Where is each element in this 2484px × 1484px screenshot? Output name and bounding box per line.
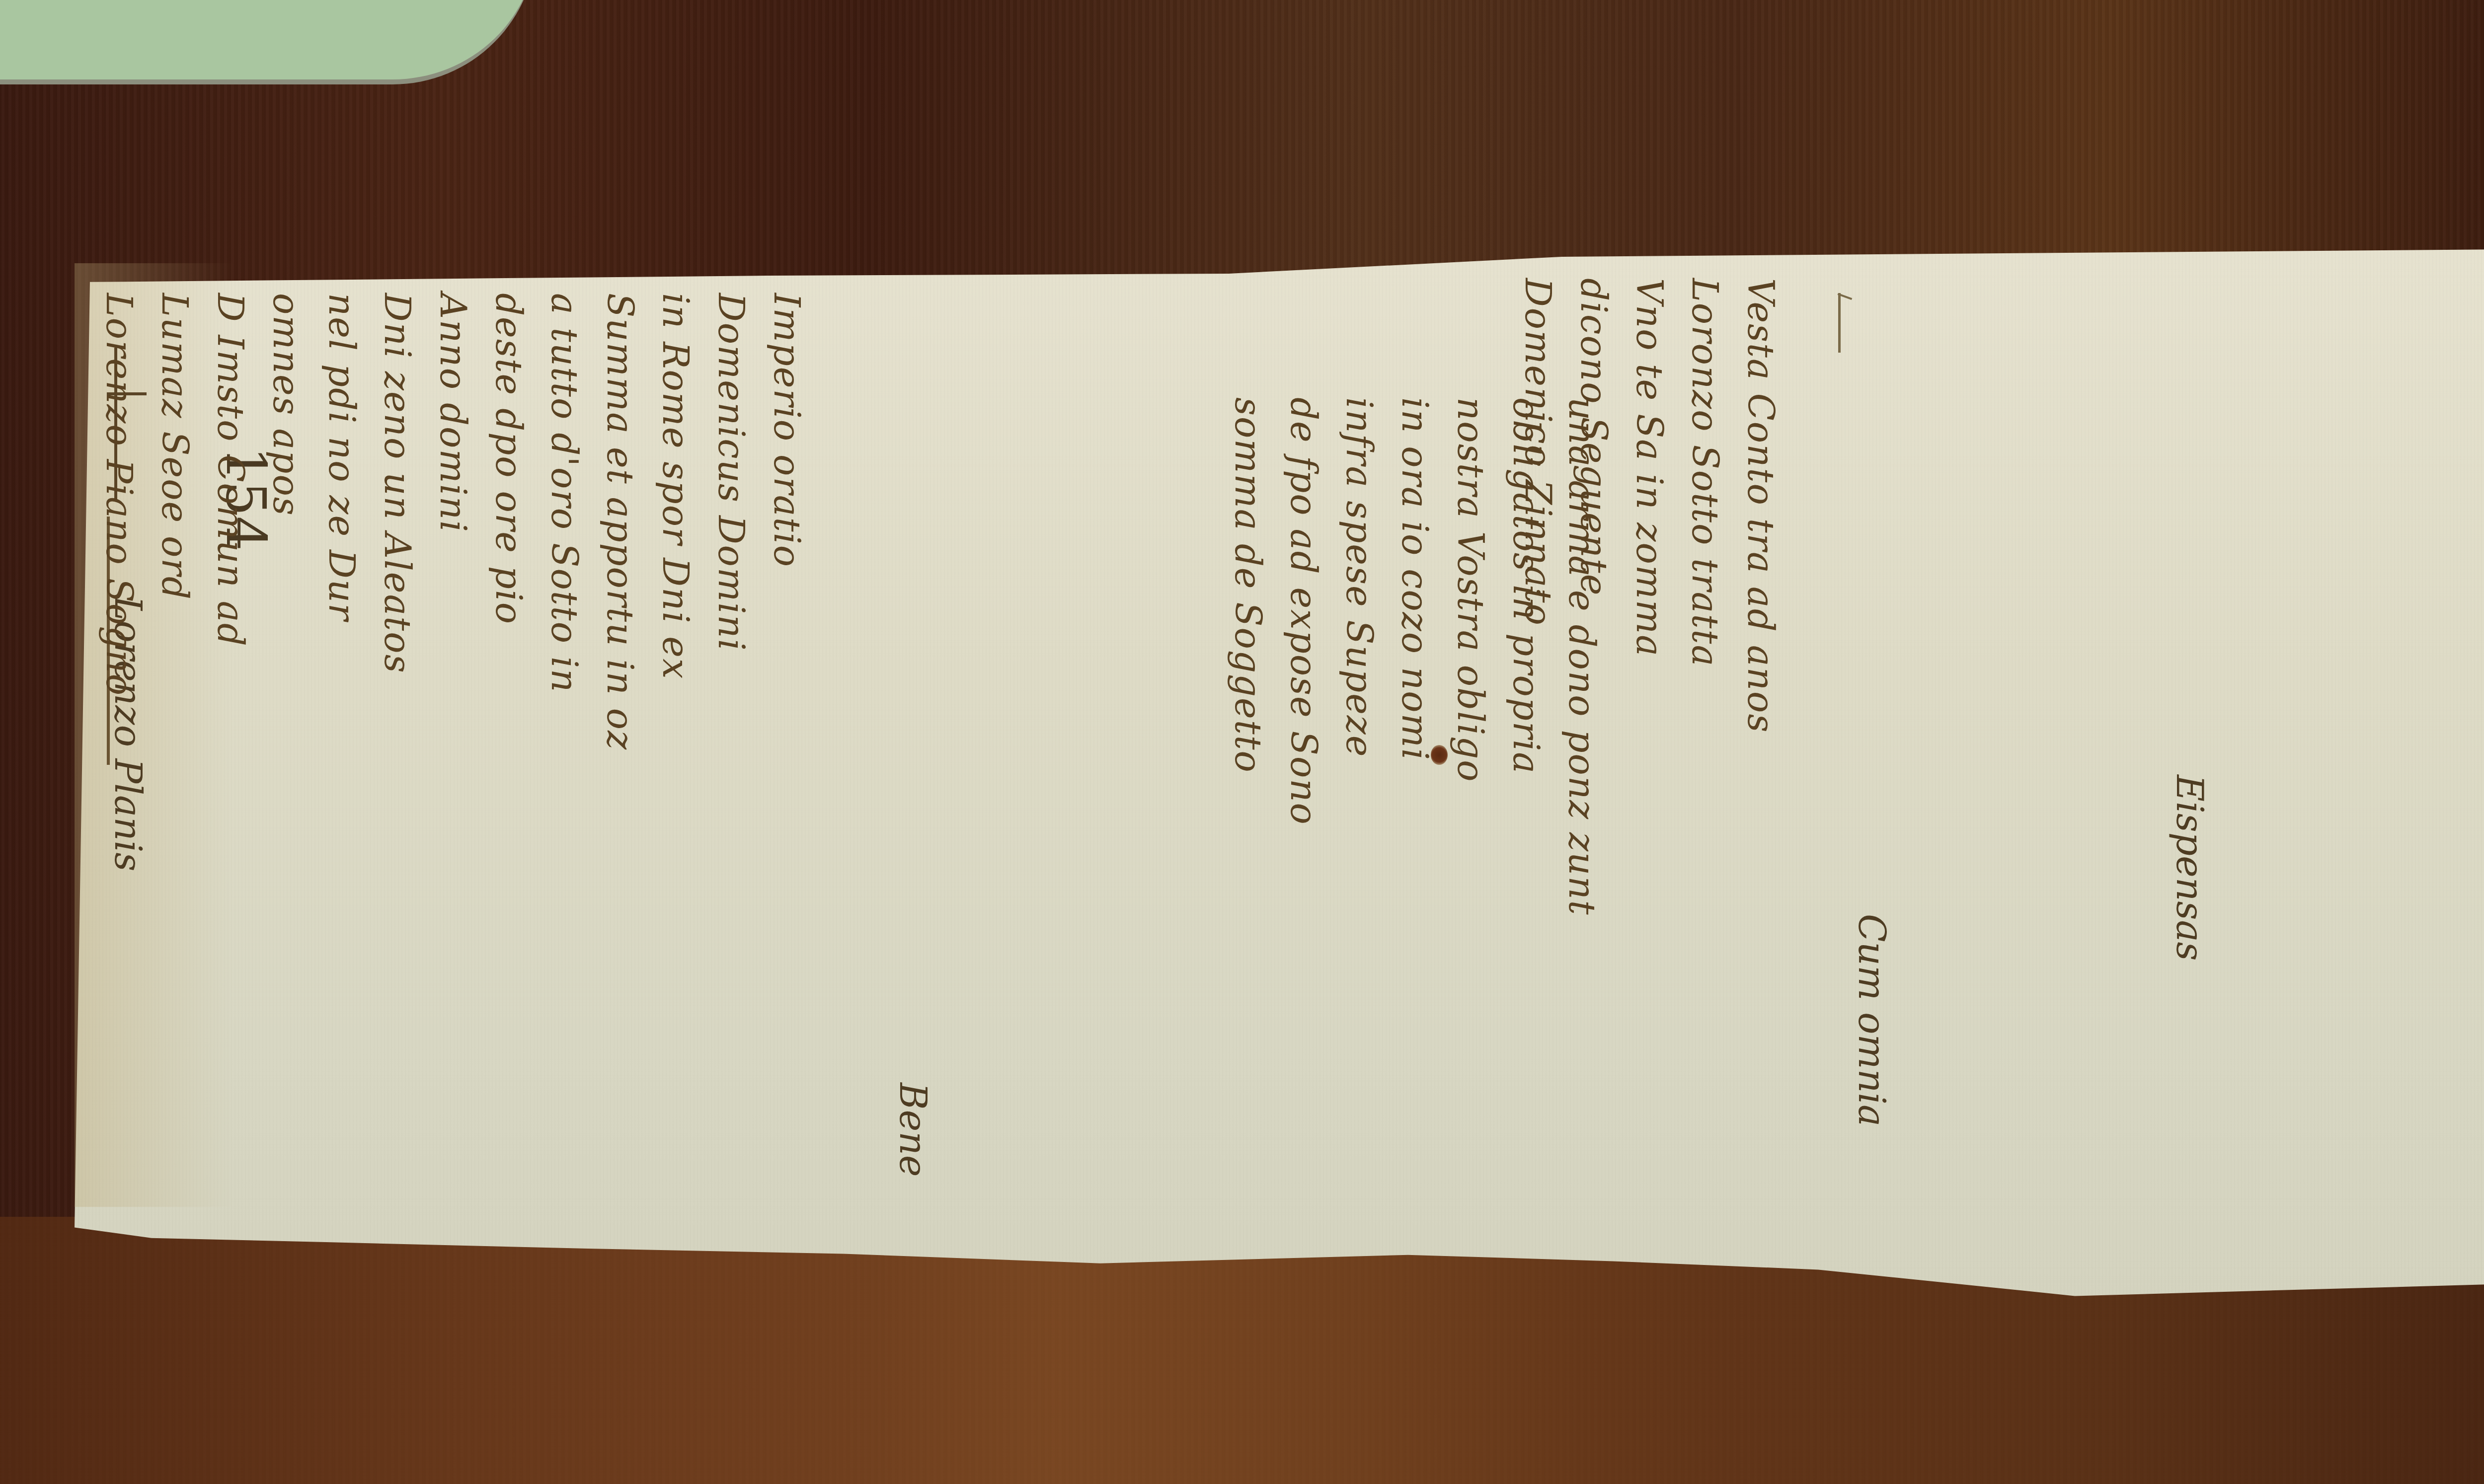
text-line: infra spese Supeze [1331, 397, 1387, 1440]
text-line: omnes apos [258, 293, 314, 1336]
text-line: nel pdi no ze Dur [314, 293, 370, 1336]
text-line: somma de Soggetto [1220, 397, 1276, 1440]
endorsement-line-1: Eispensas [2168, 775, 2211, 961]
text-line: in Rome spor Dni ex [648, 293, 703, 1336]
text-line: Anno domini [425, 293, 481, 1336]
text-line: Lorenzo Piano Sogno [91, 293, 147, 1336]
text-line: deste dpo ore pio [481, 293, 537, 1336]
text-line: a tutto d'oro Sotto in [537, 293, 592, 1336]
text-line: dicono Seguente [1566, 278, 1622, 1321]
closing-word: Bene [891, 1083, 934, 1177]
text-line: Lumaz Seoe ord [147, 293, 203, 1336]
text-line: Summa et apportu in oz [592, 293, 648, 1336]
text-column-1: Imperio oratio Domenicus Domini in Rome … [91, 293, 815, 1336]
text-line: Imperio oratio [759, 293, 815, 1336]
text-line: Vesta Conto tra ad anos [1733, 278, 1788, 1321]
text-line: in ora io cozo nomi [1387, 397, 1443, 1440]
text-line: Dni zeno un Aleatos [370, 293, 425, 1336]
margin-tick-mark [1838, 293, 1841, 353]
text-line: de fpo ad expose Sono [1276, 397, 1331, 1440]
text-line: nostra Vostra obligo [1443, 397, 1498, 1440]
text-line: Vno te Sa in zomma [1622, 278, 1677, 1321]
text-column-3: Vesta Conto tra ad anos Loronzo Sotto tr… [1510, 278, 1788, 1321]
text-line: D Imsto Comun ad [203, 293, 258, 1336]
text-line: Domenico Zinnato [1510, 278, 1566, 1321]
text-line: Domenicus Domini [703, 293, 759, 1336]
signature-text: Cum omnia [1850, 914, 1893, 1126]
text-line: Loronzo Sotto tratta [1677, 278, 1733, 1321]
